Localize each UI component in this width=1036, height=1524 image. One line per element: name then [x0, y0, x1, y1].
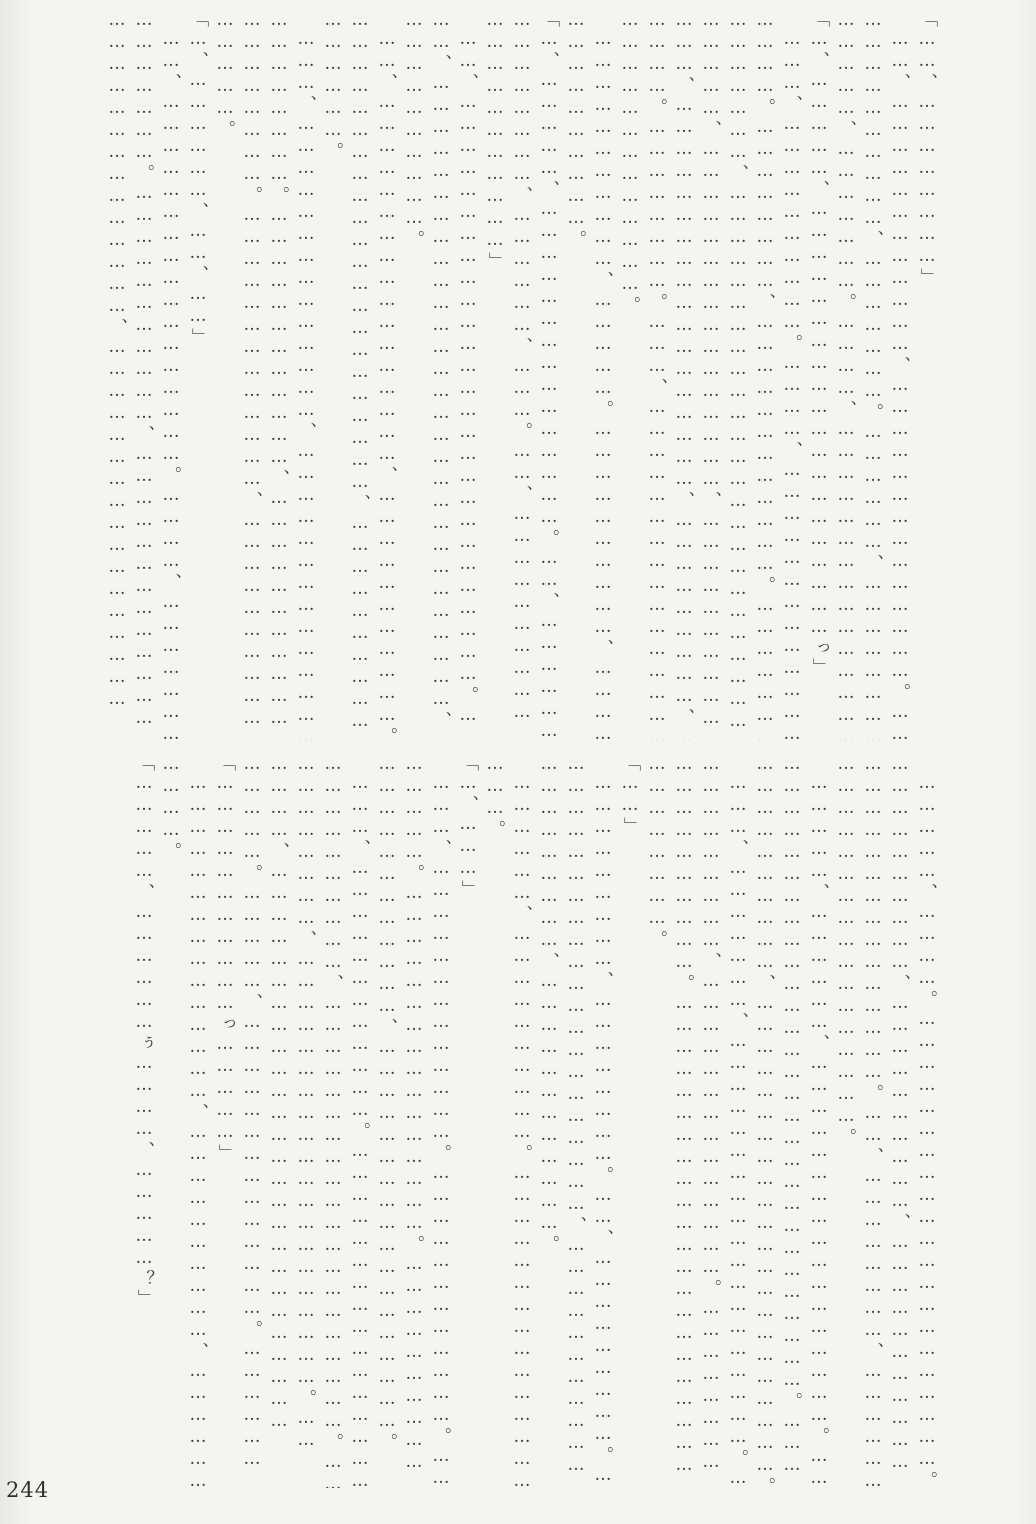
text-column: …………………………、…………………………………………………………。 — [751, 754, 778, 1488]
text-column: 「…、……………、………………………………………。……、………………、 — [535, 10, 562, 740]
text-column: ……………………、………………、………。……、………………………… — [508, 10, 535, 740]
text-column: ………………。 — [319, 10, 346, 740]
text-column: 「……………、………………ぅ…………、……………？」 — [130, 754, 157, 1488]
text-column: ……………………、……………………………………………………。…… — [292, 754, 319, 1488]
text-column: ……………………。 — [643, 754, 670, 1488]
text-column: ………、……………………………………、…………………………………… — [292, 10, 319, 740]
text-column: …………………。……………………………、………………………………… — [130, 10, 157, 740]
text-column: ……………………………」 — [481, 10, 508, 740]
text-column: ……………。……………、……………………………………。……………… — [238, 754, 265, 1488]
text-column: 「……、……………………」 — [913, 10, 940, 740]
text-column: ……、……………………………………………。…………、…………………… — [157, 10, 184, 740]
text-column: …………………………。………………………………………………………… — [670, 754, 697, 1488]
text-column: ………………、…………………………。………………………………………… — [508, 754, 535, 1488]
text-column: …………………………。 — [562, 10, 589, 740]
text-column: ……、……………………………………………………………………………、…… — [427, 10, 454, 740]
text-column: ………………………………………、…………………………、………………… — [184, 754, 211, 1488]
text-column: ……、………………………………………………………………………。… — [454, 10, 481, 740]
text-column: ……………。…………………………………………。………………………… — [400, 754, 427, 1488]
text-column: …………………………。 — [400, 10, 427, 740]
scanned-book-page: 「……、……………………」 ……、………………………………、…………………………… — [0, 0, 1036, 1524]
text-column: ……………………………………、…………………………………………… — [103, 10, 130, 740]
text-column: 「…、………………、……、……」 — [184, 10, 211, 740]
text-block-top: 「……、……………………」 ……、………………………………、…………………………… — [82, 10, 940, 740]
text-column: ………、…………………………………。………………………………。…… — [427, 754, 454, 1488]
text-column: ……………………………、……………。…………………………、…………… — [589, 10, 616, 740]
text-column: …………………………、…………………。………………、…………………………… — [859, 10, 886, 740]
text-column: ……………………………………………。 — [832, 754, 859, 1488]
text-column: …………………………………。 — [616, 10, 643, 740]
text-column: 「……………………………っ……………」 — [211, 754, 238, 1488]
text-column: ……、……………………………………………、……………………………。… — [373, 10, 400, 740]
text-column: ……………、…………………。…………、…………………………………………… — [832, 10, 859, 740]
text-column: ……………………。………………………………、……………………………… — [265, 10, 292, 740]
text-column: …………。 — [157, 754, 184, 1488]
text-column: ………………………………………………………、…………………………… — [562, 754, 589, 1488]
text-column: ………、…………………………。…………、……………………………………、 — [778, 10, 805, 740]
text-column: ………………………………………。……、……………………、………………… — [859, 754, 886, 1488]
text-column: …………。……………………、………………………………。……………………… — [751, 10, 778, 740]
text-block-bottom: ……………、…………。………………………………………………………。…………………… — [82, 754, 940, 1488]
text-column: ………………………………、………………………………………………。 — [373, 754, 400, 1488]
text-column: ……、………………………………、……………………………………。…………… — [886, 10, 913, 740]
text-column: ……………、…………………………………………、…………………………… — [697, 10, 724, 740]
text-column: ………………………、………………………………。 — [535, 754, 562, 1488]
text-column: …………。……………………。………、………………………………………… — [643, 10, 670, 740]
text-column: ……………、…………。………………………………………………………。… — [913, 754, 940, 1488]
text-column: ………………………、……………………。……、………………………。… — [589, 754, 616, 1488]
text-column: ………、………………………………………………、………………………、…… — [670, 10, 697, 740]
text-column: 「…、……………、……………………………………………………っ」 — [805, 10, 832, 740]
text-column: ………、………………………………。………………………………………… — [346, 754, 373, 1488]
text-column: …………………………………………………………、…………………………… — [346, 10, 373, 740]
text-column: …………………………、…………………………、…………………………… — [886, 754, 913, 1488]
text-column: ………………………、……………………………………。…………………… — [697, 754, 724, 1488]
text-column: …………………………、……………………………………………………。…… — [319, 754, 346, 1488]
text-column: ………、…………………、…………………………………………………。…… — [724, 754, 751, 1488]
text-column: 「…、………」 — [454, 754, 481, 1488]
text-column: 「……」 — [616, 754, 643, 1488]
text-column: ……………。 — [211, 10, 238, 740]
text-column: ……………………………………………………………………………。…………… — [778, 754, 805, 1488]
page-number: 244 — [6, 1478, 49, 1502]
text-column: ………。 — [481, 754, 508, 1488]
text-column: ……………………。…………………………………、………………………… — [238, 10, 265, 740]
text-column: ……………、………………、……………………………………………。……、 — [805, 754, 832, 1488]
text-column: …………………、……………………………………………………………………。 — [724, 10, 751, 740]
text-column: …………、…………………………………………………………………… — [265, 754, 292, 1488]
